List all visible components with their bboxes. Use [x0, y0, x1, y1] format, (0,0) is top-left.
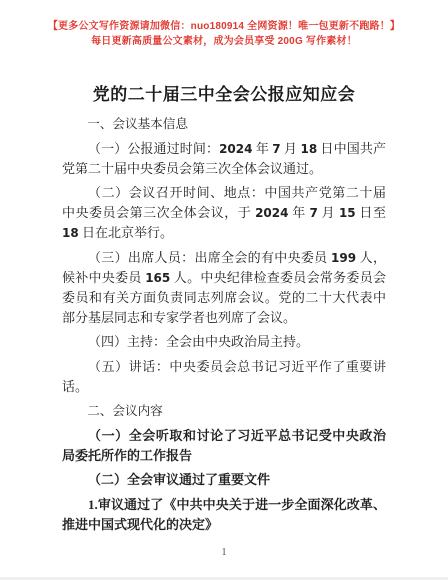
page-number: 1	[0, 547, 448, 558]
bold-number: 165	[145, 271, 170, 285]
paragraph: 1.审议通过了《中共中央关于进一步全面深化改革、推进中国式现代化的决定》	[62, 495, 386, 535]
paragraph: （一）全会听取和讨论了习近平总书记受中央政治局委托所作的工作报告	[62, 426, 386, 466]
document-title: 党的二十届三中全会公报应知应会	[0, 80, 448, 105]
bold-number: 7	[272, 142, 280, 156]
document-page: 【更多公文写作资源请加微信：nuo180914 全网资源！唯一包更新不跑路！】 …	[0, 0, 448, 580]
paragraph: 一、会议基本信息	[62, 114, 386, 134]
notice-line-1: 【更多公文写作资源请加微信：nuo180914 全网资源！唯一包更新不跑路！】	[0, 20, 448, 35]
promo-notice: 【更多公文写作资源请加微信：nuo180914 全网资源！唯一包更新不跑路！】 …	[0, 0, 448, 49]
paragraph: （一）公报通过时间：2024 年 7 月 18 日中国共产党第二十届中央委员会第…	[62, 139, 386, 179]
paragraph: （二）全会审议通过了重要文件	[62, 470, 386, 490]
paragraph: （五）讲话：中央委员会总书记习近平作了重要讲话。	[62, 357, 386, 397]
paragraph: 二、会议内容	[62, 401, 386, 421]
bold-number: 199	[331, 251, 356, 265]
bold-number: 15	[339, 206, 356, 220]
bold-number: 18	[62, 226, 79, 240]
bold-number: 7	[310, 206, 318, 220]
bold-number: 2024	[219, 142, 252, 156]
bold-number: 2024	[255, 206, 288, 220]
paragraph: （二）会议召开时间、地点：中国共产党第二十届中央委员会第三次全体会议，于 202…	[62, 183, 386, 243]
bold-number: 18	[300, 142, 317, 156]
document-body: 一、会议基本信息（一）公报通过时间：2024 年 7 月 18 日中国共产党第二…	[62, 114, 386, 535]
paragraph: （四）主持：全会由中央政治局主持。	[62, 332, 386, 352]
paragraph: （三）出席人员：出席全会的有中央委员 199 人，候补中央委员 165 人。中央…	[62, 248, 386, 328]
notice-line-2: 每日更新高质量公文素材，成为会员享受 200G 写作素材！	[0, 35, 448, 50]
